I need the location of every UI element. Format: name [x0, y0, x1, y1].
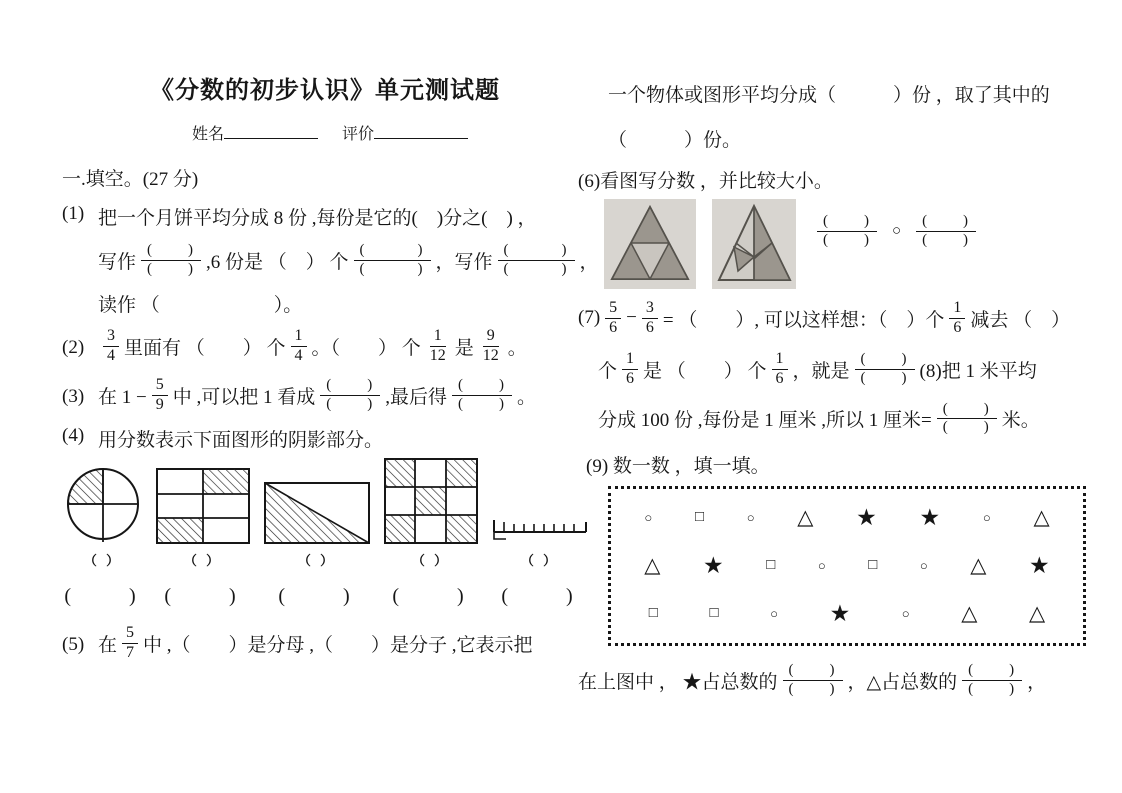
- star-symbol: ★: [920, 505, 941, 531]
- shape-grid-3x3: （ ） ( ): [384, 458, 478, 608]
- section-heading: 一.填空。(27 分): [62, 164, 568, 191]
- fraction-3-4: 34: [103, 327, 119, 366]
- denominator: 12: [426, 347, 450, 366]
- triangle-symbol: △: [644, 553, 660, 578]
- numerator: 1: [772, 350, 788, 370]
- eval-label: 评价: [342, 126, 374, 143]
- question-2-body: 34 里面有 （ ） 个 14 。（ ） 个 112 是 912 。: [98, 327, 568, 366]
- star-symbol: ★: [830, 601, 851, 627]
- q8-text-2: 米。: [1002, 405, 1040, 432]
- shape-2-answer-blank: ( ): [164, 579, 241, 608]
- q1-fraction-blank-3: ( )( ): [498, 242, 575, 278]
- symbol-row-2: △★□○□○△★: [623, 553, 1071, 579]
- question-3: (3) 在 1 − 59 中 ,可以把 1 看成 ( )( ) ,最后得 ( )…: [62, 376, 568, 415]
- shape-4-answer-blank: ( ): [392, 579, 469, 608]
- denominator: ( ): [452, 396, 512, 414]
- denominator: ( ): [354, 261, 431, 279]
- star-symbol: ★: [1029, 553, 1050, 579]
- question-4: (4) 用分数表示下面图形的阴影部分。: [62, 425, 568, 452]
- q5-cont-text-1: 一个物体或图形平均分成（ ）份 ，取了其中的: [608, 80, 1050, 107]
- q1-fraction-blank-1: ( )( ): [141, 242, 201, 278]
- numerator: 1: [430, 327, 446, 347]
- question-4-shapes-row: （ ） ( ) （ ） ( ): [64, 458, 568, 608]
- q9-fraction-blank-2: ( )( ): [962, 662, 1022, 698]
- q3-text-1: 在 1 −: [98, 382, 147, 409]
- comparison-circle: ○: [892, 223, 901, 240]
- name-eval-line: 姓名评价: [192, 121, 568, 144]
- grid-3x3-checker-shaded-figure: [384, 458, 478, 544]
- q1-read-label: 读作 （ ）。: [98, 290, 302, 317]
- triangle-symbol: △: [961, 601, 977, 626]
- q2-text-1: 里面有 （ ） 个: [124, 333, 286, 360]
- denominator: ( ): [855, 370, 915, 388]
- numerator: 5: [605, 299, 621, 319]
- q8-text-1: 分成 100 份 ,每份是 1 厘米 ,所以 1 厘米=: [598, 405, 932, 432]
- q3-text-2: 中 ,可以把 1 看成: [173, 382, 316, 409]
- question-2-line: 34 里面有 （ ） 个 14 。（ ） 个 112 是 912 。: [98, 327, 568, 366]
- shape-3-small-blank: （ ）: [298, 550, 336, 569]
- numerator: ( ): [354, 242, 431, 261]
- q3-text-3: ,最后得: [385, 382, 447, 409]
- square-symbol: □: [766, 557, 775, 574]
- q5-cont-text-2: （ ）份。: [608, 125, 741, 152]
- question-1-body: 把一个月饼平均分成 8 份 ,每份是它的( )分之( ) ， 写作 ( )( )…: [98, 203, 599, 317]
- circle-symbol: ○: [747, 510, 755, 526]
- square-symbol: □: [649, 605, 658, 622]
- denominator: 6: [642, 319, 658, 338]
- fraction-1-6: 16: [622, 350, 638, 389]
- q8-fraction-blank: ( )( ): [937, 401, 997, 437]
- denominator: ( ): [498, 261, 575, 279]
- left-column: 《分数的初步认识》单元测试题 姓名评价 一.填空。(27 分) (1) 把一个月…: [62, 66, 568, 673]
- shape-4-small-blank: （ ）: [412, 550, 450, 569]
- shape-1-answer-blank: ( ): [64, 579, 141, 608]
- q3-fraction-blank-2: ( )( ): [452, 377, 512, 413]
- numerator: 1: [949, 299, 965, 319]
- question-7-line-1: (7) 56 − 36 = （ ）, 可以这样想：（ ）个 16 减去 （ ）: [578, 299, 1116, 338]
- fraction-9-12: 912: [479, 327, 503, 366]
- q9-text: (9) 数一数 ，填一填。: [586, 451, 770, 478]
- q3-text-4: 。: [517, 382, 536, 409]
- minus-sign: −: [626, 307, 637, 329]
- numerator: ( ): [962, 662, 1022, 681]
- q1-text-3: ，写作: [436, 247, 493, 274]
- q9-fraction-blank-1: ( )( ): [783, 662, 843, 698]
- q7-fraction-blank: ( )( ): [855, 351, 915, 387]
- symbol-row-1: ○□○△★★○△: [623, 505, 1071, 531]
- q9-final-text-2: ，△占总数的: [848, 667, 958, 694]
- q1-fraction-blank-2: ( )( ): [354, 242, 431, 278]
- denominator: 4: [291, 347, 307, 366]
- star-symbol: ★: [856, 505, 877, 531]
- numerator: ( ): [141, 242, 201, 261]
- question-1-line-1: 把一个月饼平均分成 8 份 ,每份是它的( )分之( ) ，: [98, 203, 599, 230]
- denominator: 6: [949, 319, 965, 338]
- eval-blank-line: [374, 124, 468, 139]
- question-8-start-text: (8)把 1 米平均: [920, 356, 1037, 383]
- fraction-1-12: 112: [426, 327, 450, 366]
- numerator: ( ): [452, 377, 512, 396]
- circle-symbol: ○: [644, 510, 652, 526]
- question-7-line-2: 个 16 是 （ ） 个 16 ，就是 ( )( ) (8)把 1 米平均: [578, 350, 1116, 389]
- question-3-body: 在 1 − 59 中 ,可以把 1 看成 ( )( ) ,最后得 ( )( ) …: [98, 376, 568, 415]
- denominator: 4: [103, 347, 119, 366]
- denominator: ( ): [141, 261, 201, 279]
- circle-symbol: ○: [983, 510, 991, 526]
- denominator: 12: [479, 347, 503, 366]
- question-1-line-2: 写作 ( )( ) ,6 份是 （ ） 个 ( )( ) ，写作 ( )( ) …: [98, 242, 599, 278]
- q1-text-2: ,6 份是 （ ） 个: [206, 247, 349, 274]
- triangle-symbol: △: [797, 505, 813, 530]
- q9-final-text-1: 在上图中 ， ★占总数的: [578, 667, 778, 694]
- denominator: ( ): [937, 419, 997, 437]
- numerator: 3: [103, 327, 119, 347]
- denominator: 7: [122, 644, 138, 663]
- q1-write-label: 写作: [98, 247, 136, 274]
- question-2: (2) 34 里面有 （ ） 个 14 。（ ） 个 112 是 912 。: [62, 327, 568, 366]
- question-9-symbol-box: ○□○△★★○△ △★□○□○△★ □□○★○△△: [608, 486, 1086, 646]
- question-1-text-1: 把一个月饼平均分成 8 份 ,每份是它的( )分之( ) ，: [98, 203, 537, 230]
- q7-text-4: 是 （ ） 个: [643, 356, 767, 383]
- shape-5-answer-blank: ( ): [501, 579, 578, 608]
- denominator: ( ): [320, 396, 380, 414]
- fraction-5-6: 56: [605, 299, 621, 338]
- fraction-1-6: 16: [772, 350, 788, 389]
- numerator: 5: [152, 376, 168, 396]
- numerator: 3: [642, 299, 658, 319]
- question-5-line: 在 57 中 ,（ ）是分母 ,（ ）是分子 ,它表示把: [98, 624, 568, 663]
- q9-final-text-3: ，: [1027, 667, 1046, 694]
- q5-continuation-line-1: 一个物体或图形平均分成（ ）份 ，取了其中的: [578, 80, 1116, 107]
- ruler-scale-figure: [492, 514, 588, 544]
- q7-text-3: 个: [598, 356, 617, 383]
- test-paper-page: 《分数的初步认识》单元测试题 姓名评价 一.填空。(27 分) (1) 把一个月…: [0, 0, 1122, 793]
- question-5: (5) 在 57 中 ,（ ）是分母 ,（ ）是分子 ,它表示把: [62, 624, 568, 663]
- triangle-symbol: △: [1033, 505, 1049, 530]
- shape-ruler: （ ） ( ): [492, 514, 588, 608]
- q6-text: (6)看图写分数 ，并比较大小。: [578, 166, 833, 193]
- denominator: ( ): [783, 681, 843, 699]
- numerator: 1: [622, 350, 638, 370]
- q7-text-5: ，就是: [793, 356, 850, 383]
- question-4-number: (4): [62, 425, 98, 447]
- right-column: 一个物体或图形平均分成（ ）份 ，取了其中的 （ ）份。 (6)看图写分数 ，并…: [578, 80, 1116, 698]
- q5-continuation-line-2: （ ）份。: [578, 125, 1116, 152]
- denominator: 6: [622, 370, 638, 389]
- numerator: ( ): [855, 351, 915, 370]
- rectangle-diagonal-shaded-figure: [264, 482, 370, 544]
- question-5-number: (5): [62, 624, 98, 656]
- circle-symbol: ○: [902, 606, 910, 622]
- fraction-5-9: 59: [152, 376, 168, 415]
- numerator: ( ): [937, 401, 997, 420]
- numerator: 5: [122, 624, 138, 644]
- question-8-line: 分成 100 份 ,每份是 1 厘米 ,所以 1 厘米= ( )( ) 米。: [578, 401, 1116, 437]
- square-symbol: □: [868, 557, 877, 574]
- denominator: 6: [772, 370, 788, 389]
- q2-text-2: 。（ ） 个: [312, 333, 421, 360]
- denominator: 6: [605, 319, 621, 338]
- square-symbol: □: [709, 605, 718, 622]
- shape-grid-2x3: （ ） ( ): [156, 468, 250, 608]
- numerator: ( ): [320, 377, 380, 396]
- q6-fraction-blank-2: ( )( ): [916, 213, 976, 249]
- shape-5-small-blank: （ ）: [521, 550, 559, 569]
- q4-text: 用分数表示下面图形的阴影部分。: [98, 425, 383, 452]
- question-1: (1) 把一个月饼平均分成 8 份 ,每份是它的( )分之( ) ， 写作 ( …: [62, 203, 568, 317]
- triangle-photo-1: [604, 199, 696, 289]
- question-3-line: 在 1 − 59 中 ,可以把 1 看成 ( )( ) ,最后得 ( )( ) …: [98, 376, 568, 415]
- q2-text-3: 是: [455, 333, 474, 360]
- q7-text-1: = （ ）, 可以这样想：（ ）个: [663, 305, 944, 332]
- q3-fraction-blank-1: ( )( ): [320, 377, 380, 413]
- question-4-label: 用分数表示下面图形的阴影部分。: [98, 425, 568, 452]
- shape-2-small-blank: （ ）: [184, 550, 222, 569]
- square-symbol: □: [695, 509, 704, 526]
- numerator: 1: [291, 327, 307, 347]
- numerator: ( ): [783, 662, 843, 681]
- question-1-number: (1): [62, 203, 98, 225]
- question-9-answer-line: 在上图中 ， ★占总数的 ( )( ) ，△占总数的 ( )( ) ，: [578, 662, 1116, 698]
- q7-text-2: 减去 （ ）: [970, 305, 1070, 332]
- triangle-photo-2: [712, 199, 796, 289]
- shape-3-answer-blank: ( ): [278, 579, 355, 608]
- question-1-line-3: 读作 （ ）。: [98, 290, 599, 317]
- grid-2x3-shaded-figure: [156, 468, 250, 544]
- q2-text-4: 。: [508, 333, 527, 360]
- question-5-body: 在 57 中 ,（ ）是分母 ,（ ）是分子 ,它表示把: [98, 624, 568, 663]
- question-3-number: (3): [62, 376, 98, 408]
- question-6-label: (6)看图写分数 ，并比较大小。: [578, 166, 1116, 193]
- question-6-comparison: ( )( ) ○ ( )( ): [812, 213, 981, 249]
- triangle-symbol: △: [1029, 601, 1045, 626]
- fraction-3-6: 36: [642, 299, 658, 338]
- denominator: ( ): [916, 232, 976, 250]
- numerator: 9: [483, 327, 499, 347]
- q5-text-1: 在: [98, 630, 117, 657]
- question-7-number: (7): [578, 307, 600, 329]
- q6-fraction-blank-1: ( )( ): [817, 213, 877, 249]
- page-title: 《分数的初步认识》单元测试题: [82, 70, 568, 105]
- circle-symbol: ○: [818, 558, 826, 574]
- name-blank-line: [224, 124, 318, 139]
- numerator: ( ): [498, 242, 575, 261]
- star-symbol: ★: [703, 553, 724, 579]
- fraction-1-4: 14: [291, 327, 307, 366]
- question-4-body: 用分数表示下面图形的阴影部分。: [98, 425, 568, 452]
- symbol-row-3: □□○★○△△: [623, 601, 1071, 627]
- circle-quarter-shaded-figure: [64, 464, 142, 544]
- denominator: ( ): [962, 681, 1022, 699]
- numerator: ( ): [916, 213, 976, 232]
- denominator: ( ): [817, 232, 877, 250]
- triangle-symbol: △: [970, 553, 986, 578]
- question-6-figures-row: ( )( ) ○ ( )( ): [604, 199, 1116, 289]
- shape-circle-quarters: （ ） ( ): [64, 464, 142, 608]
- circle-symbol: ○: [770, 606, 778, 622]
- question-2-number: (2): [62, 327, 98, 359]
- q5-text-2: 中 ,（ ）是分母 ,（ ）是分子 ,它表示把: [143, 630, 533, 657]
- circle-symbol: ○: [920, 558, 928, 574]
- name-label: 姓名: [192, 126, 224, 143]
- numerator: ( ): [817, 213, 877, 232]
- denominator: 9: [152, 396, 168, 415]
- fraction-5-7: 57: [122, 624, 138, 663]
- shape-rect-diagonal: （ ） ( ): [264, 482, 370, 608]
- shape-1-small-blank: （ ）: [84, 550, 122, 569]
- fraction-1-6: 16: [949, 299, 965, 338]
- question-9-label: (9) 数一数 ，填一填。: [578, 451, 1116, 478]
